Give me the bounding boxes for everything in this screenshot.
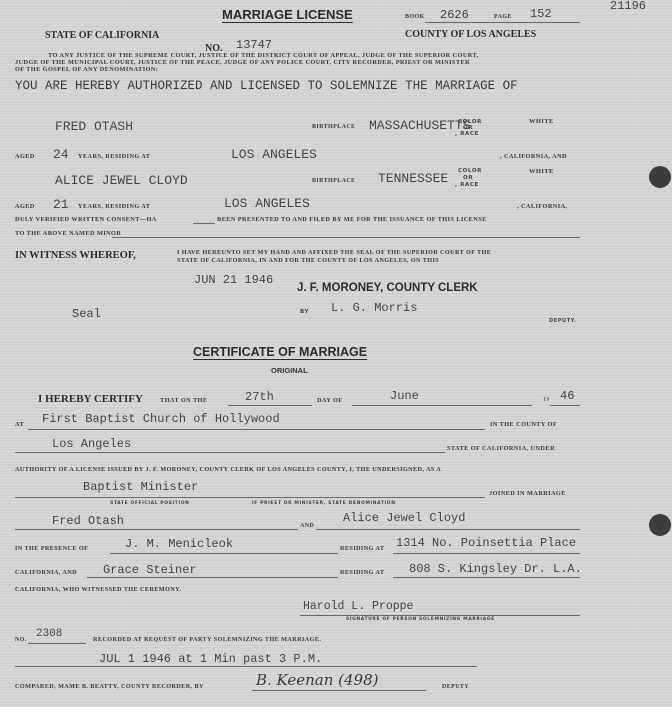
recorded-datetime: JUL 1 1946 at 1 Min past 3 P.M. <box>99 652 322 666</box>
page-value: 152 <box>530 7 552 21</box>
witnessed-text: CALIFORNIA, WHO WITNESSED THE CEREMONY. <box>15 586 181 593</box>
year-prefix: 19 <box>543 397 550 403</box>
record-no-label: NO. <box>15 637 27 643</box>
stamp-number: 21196 <box>610 0 646 13</box>
groom-race-label: , RACE <box>455 131 479 137</box>
and-label: AND <box>300 523 314 529</box>
book-value: 2626 <box>440 8 469 22</box>
marriage-day: 27th <box>245 390 274 404</box>
address-line-1: TO ANY JUSTICE OF THE SUPREME COURT, JUS… <box>48 52 479 59</box>
witness-text-1: I HAVE HEREUNTO SET MY HAND AND AFFIXED … <box>177 249 491 256</box>
state-under-label: STATE OF CALIFORNIA, UNDER <box>447 445 555 452</box>
seal-text: Seal <box>72 307 101 321</box>
consent-text-a: DULY VERIFIED WRITTEN CONSENT—HA <box>15 216 157 223</box>
county-label: COUNTY OF LOS ANGELES <box>405 29 536 40</box>
in-county-label: IN THE COUNTY OF <box>490 421 557 428</box>
consent-minor-label: TO THE ABOVE NAMED MINOR <box>15 230 121 237</box>
book-page-rule <box>425 22 580 23</box>
compared-text: COMPARED, MAME B. BEATTY, COUNTY RECORDE… <box>15 683 204 690</box>
certify-label: I HEREBY CERTIFY <box>38 393 143 405</box>
denomination-caption: IF PRIEST OR MINISTER, STATE DENOMINATIO… <box>252 501 396 506</box>
license-no-value: 13747 <box>236 38 272 52</box>
joined-label: JOINED IN MARRIAGE <box>489 490 566 497</box>
witness2-address-rule <box>393 577 580 578</box>
party2-rule <box>316 529 580 530</box>
address-line-2: JUDGE OF THE MUNICIPAL COURT, JUSTICE OF… <box>15 59 470 66</box>
position-caption: STATE OFFICIAL POSITION <box>110 501 190 506</box>
groom-race: WHITE <box>529 118 554 125</box>
recorded-datetime-rule <box>15 666 477 667</box>
party1-name: Fred Otash <box>52 514 124 528</box>
bride-name: ALICE JEWEL CLOYD <box>55 173 188 188</box>
groom-aged-label: AGED <box>15 153 35 160</box>
state-label: STATE OF CALIFORNIA <box>45 30 159 41</box>
year-rule <box>550 405 580 406</box>
witness-text-2: STATE OF CALIFORNIA, IN AND FOR THE COUN… <box>177 257 439 264</box>
signature-rule <box>300 615 580 616</box>
recorder-deputy-signature: B. Keenan (498) <box>256 671 378 689</box>
authorized-text: YOU ARE HEREBY AUTHORIZED AND LICENSED T… <box>15 79 518 93</box>
marriage-record-document: 21196 MARRIAGE LICENSE BOOK 2626 PAGE 15… <box>0 0 672 707</box>
day-of-label: DAY OF <box>317 397 343 404</box>
license-title: MARRIAGE LICENSE <box>222 7 353 22</box>
bride-residence: LOS ANGELES <box>224 196 310 211</box>
at-label: AT <box>15 421 24 428</box>
california-and-label: CALIFORNIA, AND <box>15 569 77 576</box>
certificate-title: CERTIFICATE OF MARRIAGE <box>193 345 367 359</box>
signature-caption: SIGNATURE OF PERSON SOLEMNIZING MARRIAGE <box>346 617 495 622</box>
county-rule <box>15 452 445 453</box>
witness2-rule <box>87 577 338 578</box>
groom-age: 24 <box>53 147 69 162</box>
bride-race: WHITE <box>529 168 554 175</box>
authority-text: AUTHORITY OF A LICENSE ISSUED BY J. F. M… <box>15 466 441 473</box>
by-label: BY <box>300 309 309 315</box>
witness1-rule <box>110 553 338 554</box>
issue-date: JUN 21 1946 <box>194 273 273 287</box>
groom-birthplace-label: BIRTHPLACE <box>312 124 355 130</box>
month-rule <box>352 405 532 406</box>
deputy-name: L. G. Morris <box>331 301 417 315</box>
groom-name: FRED OTASH <box>55 119 133 134</box>
that-on-label: THAT ON THE <box>160 397 207 404</box>
marriage-place: First Baptist Church of Hollywood <box>42 412 280 426</box>
marriage-year: 46 <box>560 389 574 403</box>
bride-state-suffix: , CALIFORNIA, <box>517 203 568 210</box>
witness1-name: J. M. Menicleok <box>125 537 233 551</box>
punch-hole-top <box>649 166 671 188</box>
county-clerk: J. F. MORONEY, COUNTY CLERK <box>297 282 478 294</box>
witness-whereof-label: IN WITNESS WHEREOF, <box>15 250 136 261</box>
consent-text-b: BEEN PRESENTED TO AND FILED BY ME FOR TH… <box>217 216 487 223</box>
marriage-county: Los Angeles <box>52 437 131 451</box>
punch-hole-bottom <box>649 514 671 536</box>
bride-birthplace-label: BIRTHPLACE <box>312 178 355 184</box>
witness1-residing-label: RESIDING AT <box>340 545 384 552</box>
place-rule <box>28 429 485 430</box>
marriage-month: June <box>390 389 419 403</box>
party1-rule <box>15 529 298 530</box>
deputy-signature-rule <box>252 690 426 691</box>
deputy-label: DEPUTY. <box>549 318 577 324</box>
address-line-3: OF THE GOSPEL OF ANY DENOMINATION: <box>15 66 158 73</box>
officiant-signature: Harold L. Proppe <box>303 600 413 613</box>
record-no-value: 2308 <box>36 628 62 640</box>
page-label: PAGE <box>494 14 512 20</box>
witness2-residing-label: RESIDING AT <box>340 569 384 576</box>
groom-state-suffix: , CALIFORNIA, AND <box>500 153 567 160</box>
recorder-deputy-label: DEPUTY <box>442 684 469 690</box>
bride-color-label: COLOR <box>458 168 482 174</box>
witness1-address-rule <box>393 553 580 554</box>
day-rule <box>228 405 312 406</box>
minor-rule <box>112 237 580 238</box>
certificate-subtitle: ORIGINAL <box>271 366 308 375</box>
groom-residence: LOS ANGELES <box>231 147 317 162</box>
bride-age: 21 <box>53 197 69 212</box>
book-label: BOOK <box>405 14 425 20</box>
witness1-address: 1314 No. Poinsettia Place <box>396 536 576 550</box>
record-no-rule <box>28 643 86 644</box>
witness2-name: Grace Steiner <box>103 563 197 577</box>
bride-birthplace: TENNESSEE <box>378 171 448 186</box>
bride-aged-label: AGED <box>15 203 35 210</box>
party2-name: Alice Jewel Cloyd <box>343 511 465 525</box>
witness2-address: 808 S. Kingsley Dr. L.A. <box>409 562 582 576</box>
bride-race-label: , RACE <box>455 182 479 188</box>
officiant-position: Baptist Minister <box>83 480 198 494</box>
bride-residing-label: YEARS, RESIDING AT <box>78 203 150 210</box>
position-rule <box>15 497 485 498</box>
groom-residing-label: YEARS, RESIDING AT <box>78 153 150 160</box>
bride-or-label: OR <box>463 175 473 181</box>
recorded-text: RECORDED AT REQUEST OF PARTY SOLEMNIZING… <box>93 636 321 643</box>
presence-label: IN THE PRESENCE OF <box>15 545 88 552</box>
consent-blank <box>193 223 215 224</box>
